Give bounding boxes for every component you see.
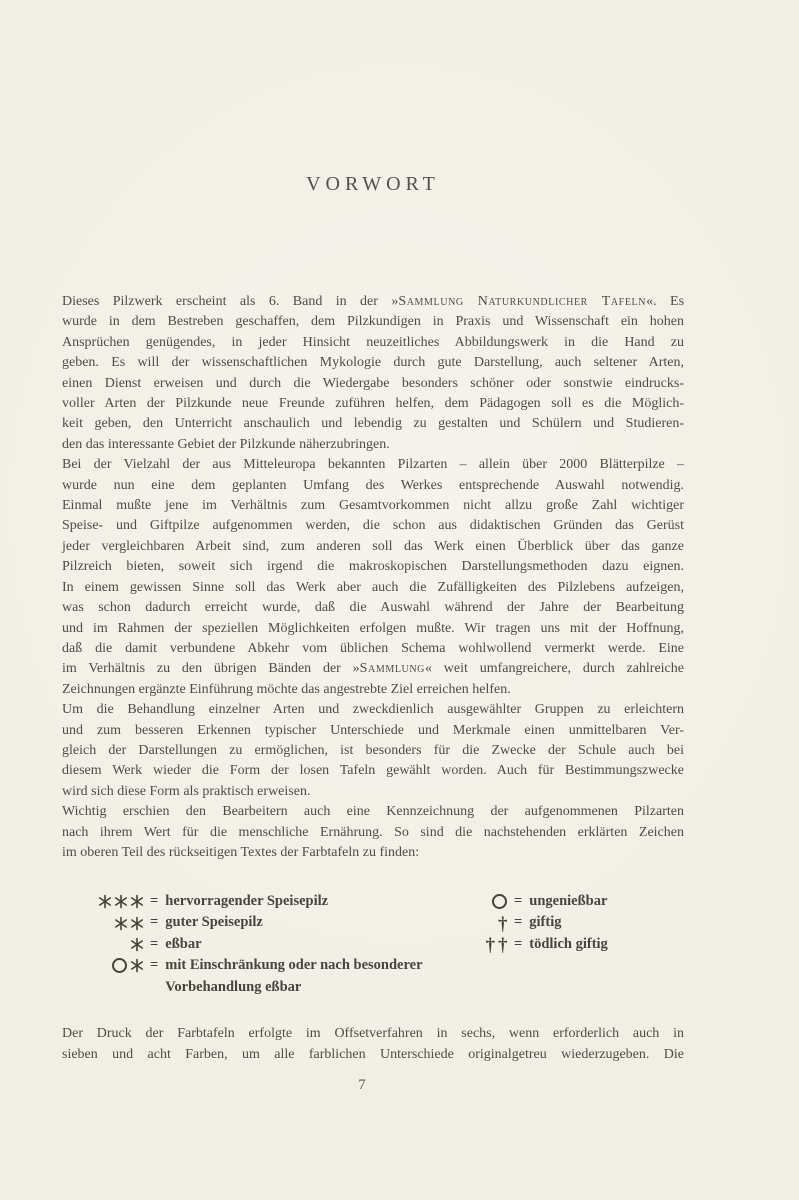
- text-line: voller Arten der Pilzkunde neue Freunde …: [62, 394, 684, 414]
- paragraph: Bei der Vielzahl der aus Mitteleuropa be…: [62, 455, 684, 700]
- text-run: wurde nun eine dem geplanten Umfang des …: [62, 478, 684, 493]
- legend-row: =guter Speisepilz: [96, 912, 423, 933]
- smallcaps-text: Sammlung: [360, 661, 425, 676]
- text-line: und zum besseren Erkennen typischer Unte…: [62, 721, 684, 741]
- text-run: « weit umfangreichere, durch zahlreiche: [425, 661, 684, 676]
- legend-row: =ungenießbar: [474, 891, 608, 912]
- legend-row: =hervorragender Speisepilz: [96, 891, 423, 912]
- text-run: Bei der Vielzahl der aus Mitteleuropa be…: [62, 457, 684, 472]
- circle-icon: [112, 958, 127, 973]
- legend-row: =eßbar: [96, 934, 423, 955]
- text-line: Der Druck der Farbtafeln erfolgte im Off…: [62, 1023, 684, 1044]
- text-run: In einem gewissen Sinne soll das Werk ab…: [62, 580, 684, 595]
- dagger-icon: †: [498, 915, 508, 934]
- text-run: wurde in dem Bestreben geschaffen, dem P…: [62, 314, 684, 329]
- text-line: wurde nun eine dem geplanten Umfang des …: [62, 476, 684, 496]
- legend-label: mit Einschränkung oder nach besondererVo…: [165, 955, 422, 998]
- text-line: was schon dadurch erreicht wurde, daß di…: [62, 598, 684, 618]
- equals-sign: =: [150, 891, 158, 912]
- legend-label-line: tödlich giftig: [529, 934, 608, 955]
- text-run: diesem Werk wieder die Form der losen Ta…: [62, 763, 684, 778]
- text-run: jeder vergleichbaren Arbeit sind, zum an…: [62, 539, 684, 554]
- text-line: Dieses Pilzwerk erscheint als 6. Band in…: [62, 292, 684, 312]
- text-run: Zeichnungen ergänzte Einführung möchte d…: [62, 682, 511, 697]
- text-run: Pilzreich bieten, soweit sich irgend die…: [62, 559, 684, 574]
- text-line: einen Dienst erweisen und durch die Wied…: [62, 374, 684, 394]
- symbol-cell: [474, 891, 508, 912]
- text-run: voller Arten der Pilzkunde neue Freunde …: [62, 396, 684, 411]
- legend-right: =ungenießbar†=giftig††=tödlich giftig: [474, 891, 608, 955]
- text-run: was schon dadurch erreicht wurde, daß di…: [62, 600, 684, 615]
- dagger-icon: †: [486, 936, 496, 955]
- text-line: gleich der Darstellungen zu ermöglichen,…: [62, 741, 684, 761]
- legend-row: ††=tödlich giftig: [474, 934, 608, 955]
- text-run: Dieses Pilzwerk erscheint als 6. Band in…: [62, 294, 398, 309]
- paragraph: Der Druck der Farbtafeln erfolgte im Off…: [62, 1023, 684, 1066]
- text-line: im oberen Teil des rückseitigen Textes d…: [62, 843, 684, 863]
- text-run: sieben und acht Farben, um alle farblich…: [62, 1047, 684, 1062]
- equals-sign: =: [150, 955, 158, 976]
- text-line: keit geben, den Unterricht anschaulich u…: [62, 414, 684, 434]
- text-run: Um die Behandlung einzelner Arten und zw…: [62, 702, 684, 717]
- symbol-cell: †: [474, 912, 508, 933]
- text-line: wurde in dem Bestreben geschaffen, dem P…: [62, 312, 684, 332]
- text-run: den das interessante Gebiet der Pilzkund…: [62, 437, 390, 452]
- star-icon: [114, 916, 128, 931]
- text-line: Speise- und Giftpilze aufgenommen werden…: [62, 516, 684, 536]
- equals-sign: =: [514, 912, 522, 933]
- text-run: «. Es: [646, 294, 684, 309]
- star-icon: [98, 894, 112, 909]
- text-run: Wichtig erschien den Bearbeitern auch ei…: [62, 804, 684, 819]
- star-icon: [130, 894, 144, 909]
- text-run: nach ihrem Wert für die menschliche Ernä…: [62, 825, 684, 840]
- text-line: wird sich diese Form als praktisch erwei…: [62, 782, 684, 802]
- legend-left: =hervorragender Speisepilz=guter Speisep…: [96, 891, 423, 998]
- body-text: Dieses Pilzwerk erscheint als 6. Band in…: [62, 292, 684, 863]
- legend-label: giftig: [529, 912, 561, 933]
- legend-label: guter Speisepilz: [165, 912, 263, 933]
- star-icon: [114, 894, 128, 909]
- legend-label-line: ungenießbar: [529, 891, 607, 912]
- text-line: Um die Behandlung einzelner Arten und zw…: [62, 700, 684, 720]
- circle-icon: [492, 894, 507, 909]
- text-line: Zeichnungen ergänzte Einführung möchte d…: [62, 680, 684, 700]
- legend-label-line: eßbar: [165, 934, 201, 955]
- text-line: nach ihrem Wert für die menschliche Ernä…: [62, 823, 684, 843]
- equals-sign: =: [150, 934, 158, 955]
- text-run: Der Druck der Farbtafeln erfolgte im Off…: [62, 1026, 684, 1041]
- symbol-legend: =hervorragender Speisepilz=guter Speisep…: [62, 891, 722, 1006]
- legend-label-line: mit Einschränkung oder nach besonderer: [165, 955, 422, 976]
- legend-label: ungenießbar: [529, 891, 607, 912]
- page-number: 7: [62, 1077, 662, 1094]
- equals-sign: =: [514, 934, 522, 955]
- book-page: VORWORT Dieses Pilzwerk erscheint als 6.…: [0, 0, 799, 1200]
- text-run: Einmal mußte jene im Verhältnis zum Gesa…: [62, 498, 684, 513]
- text-line: daß die damit verbundene Abkehr vom übli…: [62, 639, 684, 659]
- text-line: geben. Es will der wissenschaftlichen My…: [62, 353, 684, 373]
- paragraph: Dieses Pilzwerk erscheint als 6. Band in…: [62, 292, 684, 455]
- paragraph: Um die Behandlung einzelner Arten und zw…: [62, 700, 684, 802]
- text-line: Einmal mußte jene im Verhältnis zum Gesa…: [62, 496, 684, 516]
- star-icon: [130, 958, 144, 973]
- symbol-cell: [96, 891, 144, 912]
- legend-label-line: giftig: [529, 912, 561, 933]
- text-run: einen Dienst erweisen und durch die Wied…: [62, 376, 684, 391]
- text-run: daß die damit verbundene Abkehr vom übli…: [62, 641, 684, 656]
- text-line: jeder vergleichbaren Arbeit sind, zum an…: [62, 537, 684, 557]
- text-run: wird sich diese Form als praktisch erwei…: [62, 784, 310, 799]
- legend-label: eßbar: [165, 934, 201, 955]
- symbol-cell: [96, 934, 144, 955]
- text-run: keit geben, den Unterricht anschaulich u…: [62, 416, 684, 431]
- text-run: im oberen Teil des rückseitigen Textes d…: [62, 845, 419, 860]
- text-line: Ansprüchen genügendes, in jeder Hinsicht…: [62, 333, 684, 353]
- star-icon: [130, 916, 144, 931]
- equals-sign: =: [514, 891, 522, 912]
- symbol-cell: ††: [474, 934, 508, 955]
- dagger-icon: †: [498, 936, 508, 955]
- equals-sign: =: [150, 912, 158, 933]
- text-line: im Verhältnis zu den übrigen Bänden der …: [62, 659, 684, 679]
- text-run: und zum besseren Erkennen typischer Unte…: [62, 723, 684, 738]
- smallcaps-text: Sammlung Naturkundlicher Tafeln: [398, 294, 646, 309]
- text-run: Speise- und Giftpilze aufgenommen werden…: [62, 518, 684, 533]
- legend-label-line: guter Speisepilz: [165, 912, 263, 933]
- text-line: In einem gewissen Sinne soll das Werk ab…: [62, 578, 684, 598]
- text-run: im Verhältnis zu den übrigen Bänden der …: [62, 661, 360, 676]
- text-line: Wichtig erschien den Bearbeitern auch ei…: [62, 802, 684, 822]
- legend-label: hervorragender Speisepilz: [165, 891, 328, 912]
- legend-label-line: hervorragender Speisepilz: [165, 891, 328, 912]
- text-line: und im Rahmen der speziellen Möglichkeit…: [62, 619, 684, 639]
- text-line: Pilzreich bieten, soweit sich irgend die…: [62, 557, 684, 577]
- page-title: VORWORT: [62, 173, 684, 196]
- text-run: Ansprüchen genügendes, in jeder Hinsicht…: [62, 335, 684, 350]
- legend-row: †=giftig: [474, 912, 608, 933]
- closing-paragraph: Der Druck der Farbtafeln erfolgte im Off…: [62, 1023, 684, 1066]
- text-line: den das interessante Gebiet der Pilzkund…: [62, 435, 684, 455]
- text-run: und im Rahmen der speziellen Möglichkeit…: [62, 621, 684, 636]
- legend-label: tödlich giftig: [529, 934, 608, 955]
- legend-row: =mit Einschränkung oder nach besondererV…: [96, 955, 423, 998]
- star-icon: [130, 937, 144, 952]
- legend-label-line: Vorbehandlung eßbar: [165, 977, 422, 998]
- symbol-cell: [96, 955, 144, 976]
- text-run: geben. Es will der wissenschaftlichen My…: [62, 355, 684, 370]
- text-run: gleich der Darstellungen zu ermöglichen,…: [62, 743, 684, 758]
- paragraph: Wichtig erschien den Bearbeitern auch ei…: [62, 802, 684, 863]
- text-line: Bei der Vielzahl der aus Mitteleuropa be…: [62, 455, 684, 475]
- text-line: sieben und acht Farben, um alle farblich…: [62, 1044, 684, 1065]
- symbol-cell: [96, 912, 144, 933]
- text-line: diesem Werk wieder die Form der losen Ta…: [62, 761, 684, 781]
